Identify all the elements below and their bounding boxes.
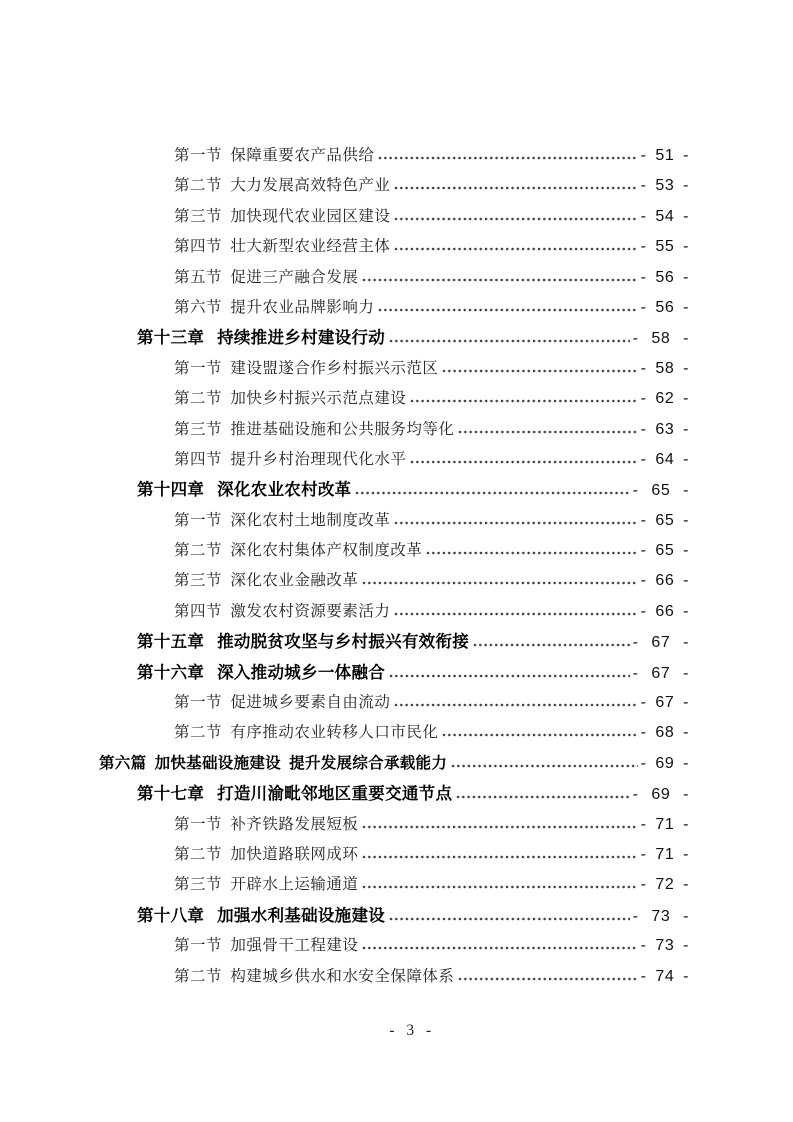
dot-leader: [378, 308, 637, 312]
toc-entry-title: 第一节 补齐铁路发展短板: [174, 810, 358, 840]
toc-entry: 第二节 加快乡村振兴示范点建设- 62 -: [0, 384, 793, 414]
toc-entry: 第十六章 深入推动城乡一体融合- 67 -: [0, 658, 793, 688]
toc-entry-page: - 65 -: [641, 536, 689, 566]
dot-leader: [442, 733, 637, 737]
toc-entry: 第二节 深化农村集体产权制度改革- 65 -: [0, 536, 793, 566]
toc-entry: 第三节 深化农业金融改革- 66 -: [0, 566, 793, 596]
toc-entry-title: 第二节 加快乡村振兴示范点建设: [174, 384, 406, 414]
toc-entry-page: - 74 -: [641, 962, 689, 992]
toc-entry: 第二节 有序推动农业转移人口市民化- 68 -: [0, 718, 793, 748]
dot-leader: [362, 885, 637, 889]
dot-leader: [456, 795, 629, 799]
toc-entry-page: - 67 -: [633, 659, 689, 689]
toc-entry: 第十四章 深化农业农村改革- 65 -: [0, 475, 793, 505]
toc-entry: 第一节 补齐铁路发展短板- 71 -: [0, 810, 793, 840]
toc-entry-page: - 71 -: [641, 810, 689, 840]
toc-entry-title: 第二节 有序推动农业转移人口市民化: [174, 718, 438, 748]
toc-entry-title: 第十五章 推动脱贫攻坚与乡村振兴有效衔接: [137, 627, 469, 657]
toc-entry-title: 第四节 激发农村资源要素活力: [174, 597, 390, 627]
toc-entry-page: - 51 -: [641, 141, 689, 171]
toc-entry-title: 第二节 加快道路联网成环: [174, 840, 358, 870]
toc-entry: 第三节 推进基础设施和公共服务均等化- 63 -: [0, 415, 793, 445]
toc-entry: 第一节 建设盟遂合作乡村振兴示范区- 58 -: [0, 354, 793, 384]
dot-leader: [378, 156, 637, 160]
toc-entry-title: 第二节 构建城乡供水和水安全保障体系: [174, 962, 454, 992]
toc-entry: 第四节 提升乡村治理现代化水平- 64 -: [0, 445, 793, 475]
dot-leader: [458, 430, 637, 434]
toc-entry-title: 第十三章 持续推进乡村建设行动: [137, 323, 385, 353]
toc-list: 第一节 保障重要农产品供给- 51 -第二节 大力发展高效特色产业- 53 -第…: [0, 141, 793, 992]
toc-entry-page: - 58 -: [641, 354, 689, 384]
toc-entry-page: - 69 -: [641, 749, 689, 779]
dot-leader: [394, 612, 637, 616]
dot-leader: [473, 643, 630, 647]
dot-leader: [362, 855, 637, 859]
toc-entry-page: - 56 -: [641, 293, 689, 323]
dot-leader: [451, 764, 638, 768]
dot-leader: [355, 491, 629, 495]
dot-leader: [389, 917, 630, 921]
toc-entry-page: - 65 -: [641, 506, 689, 536]
toc-entry: 第十七章 打造川渝毗邻地区重要交通节点- 69 -: [0, 779, 793, 809]
toc-entry-title: 第一节 加强骨干工程建设: [174, 931, 358, 961]
toc-entry-title: 第四节 提升乡村治理现代化水平: [174, 445, 406, 475]
toc-entry-title: 第十八章 加强水利基础设施建设: [137, 901, 385, 931]
toc-entry: 第四节 激发农村资源要素活力- 66 -: [0, 597, 793, 627]
toc-entry: 第一节 促进城乡要素自由流动- 67 -: [0, 688, 793, 718]
toc-entry-page: - 71 -: [641, 840, 689, 870]
dot-leader: [410, 460, 637, 464]
toc-entry-page: - 54 -: [641, 202, 689, 232]
toc-entry-page: - 68 -: [641, 718, 689, 748]
toc-entry-title: 第一节 保障重要农产品供给: [174, 141, 374, 171]
toc-entry-title: 第十七章 打造川渝毗邻地区重要交通节点: [137, 779, 452, 809]
toc-entry-page: - 73 -: [633, 902, 689, 932]
dot-leader: [362, 278, 637, 282]
toc-entry: 第三节 开辟水上运输通道- 72 -: [0, 870, 793, 900]
dot-leader: [394, 703, 637, 707]
toc-entry-page: - 56 -: [641, 263, 689, 293]
toc-entry-page: - 67 -: [641, 688, 689, 718]
toc-entry-title: 第二节 大力发展高效特色产业: [174, 171, 390, 201]
toc-entry-title: 第四节 壮大新型农业经营主体: [174, 232, 390, 262]
dot-leader: [442, 369, 637, 373]
dot-leader: [394, 217, 637, 221]
toc-entry: 第十五章 推动脱贫攻坚与乡村振兴有效衔接- 67 -: [0, 627, 793, 657]
dot-leader: [389, 339, 630, 343]
dot-leader: [394, 247, 637, 251]
toc-entry-title: 第三节 深化农业金融改革: [174, 566, 358, 596]
toc-entry: 第二节 加快道路联网成环- 71 -: [0, 840, 793, 870]
toc-entry-page: - 64 -: [641, 445, 689, 475]
dot-leader: [362, 946, 637, 950]
page-number: - 3 -: [389, 1022, 435, 1039]
toc-entry-page: - 66 -: [641, 566, 689, 596]
toc-entry-title: 第三节 加快现代农业园区建设: [174, 202, 390, 232]
toc-entry-page: - 65 -: [633, 476, 689, 506]
toc-entry-page: - 58 -: [633, 324, 689, 354]
toc-entry-title: 第六节 提升农业品牌影响力: [174, 293, 374, 323]
dot-leader: [410, 399, 637, 403]
toc-entry: 第十八章 加强水利基础设施建设- 73 -: [0, 901, 793, 931]
document-page: 第一节 保障重要农产品供给- 51 -第二节 大力发展高效特色产业- 53 -第…: [0, 0, 793, 1122]
toc-entry-title: 第一节 深化农村土地制度改革: [174, 506, 390, 536]
toc-entry: 第五节 促进三产融合发展- 56 -: [0, 263, 793, 293]
toc-entry: 第三节 加快现代农业园区建设- 54 -: [0, 202, 793, 232]
toc-entry-title: 第三节 开辟水上运输通道: [174, 870, 358, 900]
dot-leader: [394, 186, 637, 190]
toc-entry-page: - 69 -: [633, 780, 689, 810]
page-footer: - 3 -: [0, 1004, 793, 1058]
toc-entry: 第一节 保障重要农产品供给- 51 -: [0, 141, 793, 171]
toc-entry-title: 第十四章 深化农业农村改革: [137, 475, 351, 505]
dot-leader: [362, 825, 637, 829]
toc-entry-page: - 62 -: [641, 384, 689, 414]
toc-entry-page: - 72 -: [641, 870, 689, 900]
dot-leader: [458, 977, 637, 981]
toc-entry: 第二节 大力发展高效特色产业- 53 -: [0, 171, 793, 201]
toc-entry: 第二节 构建城乡供水和水安全保障体系- 74 -: [0, 962, 793, 992]
toc-entry-page: - 66 -: [641, 597, 689, 627]
toc-entry-page: - 67 -: [633, 628, 689, 658]
toc-entry-page: - 55 -: [641, 232, 689, 262]
toc-entry-title: 第五节 促进三产融合发展: [174, 263, 358, 293]
toc-entry-title: 第一节 建设盟遂合作乡村振兴示范区: [174, 354, 438, 384]
toc-entry-title: 第三节 推进基础设施和公共服务均等化: [174, 415, 454, 445]
toc-entry-title: 第十六章 深入推动城乡一体融合: [137, 658, 385, 688]
dot-leader: [362, 581, 637, 585]
toc-entry: 第十三章 持续推进乡村建设行动- 58 -: [0, 323, 793, 353]
toc-entry-title: 第一节 促进城乡要素自由流动: [174, 688, 390, 718]
dot-leader: [389, 674, 630, 678]
toc-entry-title: 第六篇 加快基础设施建设 提升发展综合承载能力: [99, 749, 447, 779]
toc-entry-title: 第二节 深化农村集体产权制度改革: [174, 536, 422, 566]
toc-entry: 第一节 深化农村土地制度改革- 65 -: [0, 506, 793, 536]
toc-entry: 第六篇 加快基础设施建设 提升发展综合承载能力- 69 -: [0, 749, 793, 779]
dot-leader: [426, 551, 637, 555]
toc-entry: 第六节 提升农业品牌影响力- 56 -: [0, 293, 793, 323]
toc-entry-page: - 53 -: [641, 171, 689, 201]
dot-leader: [394, 521, 637, 525]
toc-entry: 第四节 壮大新型农业经营主体- 55 -: [0, 232, 793, 262]
toc-entry: 第一节 加强骨干工程建设- 73 -: [0, 931, 793, 961]
toc-entry-page: - 73 -: [641, 931, 689, 961]
toc-entry-page: - 63 -: [641, 415, 689, 445]
